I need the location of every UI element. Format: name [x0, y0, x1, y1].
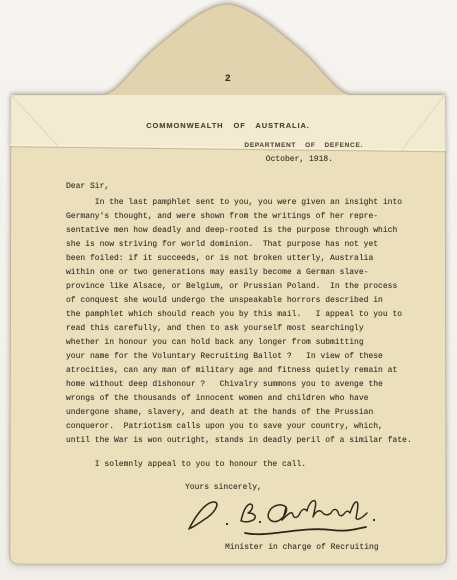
letter-line: until the War is won outright, stands in…	[66, 434, 416, 448]
letterhead-title: COMMONWEALTH OF AUSTRALIA.	[11, 121, 445, 130]
page-number: 2	[11, 74, 445, 85]
letterhead-department: DEPARTMENT OF DEFENCE.	[0, 142, 363, 149]
letter-line: she is now striving for world dominion. …	[66, 238, 416, 252]
signature-title: Minister in charge of Recruiting	[225, 542, 379, 554]
letter-line: In the last pamphlet sent to you, you we…	[66, 196, 416, 210]
appeal-line: I solemnly appeal to you to honour the c…	[66, 458, 306, 472]
letter-line: wrongs of the thousands of innocent wome…	[66, 392, 416, 406]
letter-line: undergone shame, slavery, and death at t…	[66, 406, 416, 420]
letter-line: your name for the Voluntary Recruiting B…	[66, 350, 416, 364]
letter-line: sentative men how deadly and deep-rooted…	[66, 224, 416, 238]
letter-line: conqueror. Patriotism calls upon you to …	[66, 420, 416, 434]
letter-line: home without deep dishonour ? Chivalry s…	[66, 378, 416, 392]
letter-line: within one or two generations may easily…	[66, 266, 416, 280]
letter-line: the pamphlet which should reach you by t…	[66, 308, 416, 322]
letter-body: In the last pamphlet sent to you, you we…	[66, 196, 416, 448]
salutation: Dear Sir,	[66, 181, 109, 193]
valediction: Yours sincerely,	[185, 482, 262, 494]
letter-line: atrocities, can any man of military age …	[66, 364, 416, 378]
letter-line: province like Alsace, or Belgium, or Pru…	[66, 280, 416, 294]
letter-line: read this carefully, and then to ask you…	[66, 322, 416, 336]
letter-date: October, 1918.	[0, 155, 333, 164]
photographed-letter-scan: 2 COMMONWEALTH OF AUSTRALIA. DEPARTMENT …	[0, 0, 457, 580]
letter-line: Germany's thought, and were shown from t…	[66, 210, 416, 224]
letter-line: been foiled: if it succeeds, or is not b…	[66, 252, 416, 266]
letter-line: of conquest she would undergo the unspea…	[66, 294, 416, 308]
letter-line: whether in honour you can hold back any …	[66, 336, 416, 350]
